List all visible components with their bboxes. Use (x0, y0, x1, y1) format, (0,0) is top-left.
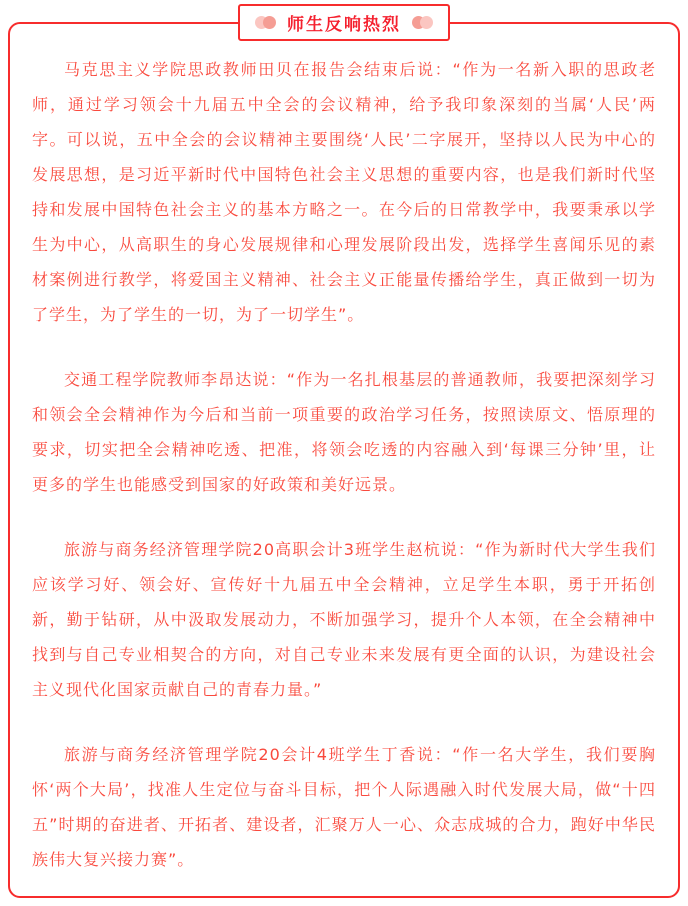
badge-decoration-right (412, 16, 433, 29)
page: 师生反响热烈 马克思主义学院思政教师田贝在报告会结束后说：“作为一名新入职的思政… (0, 0, 688, 906)
page-title: 师生反响热烈 (287, 10, 401, 35)
dot-icon (420, 16, 433, 29)
article-box: 马克思主义学院思政教师田贝在报告会结束后说：“作为一名新入职的思政老师，通过学习… (8, 22, 680, 898)
paragraph: 旅游与商务经济管理学院20会计4班学生丁香说：“作一名大学生，我们要胸怀‘两个大… (32, 737, 656, 877)
badge-decoration-left (255, 16, 276, 29)
paragraph: 旅游与商务经济管理学院20高职会计3班学生赵杭说：“作为新时代大学生我们应该学习… (32, 532, 656, 707)
paragraph: 马克思主义学院思政教师田贝在报告会结束后说：“作为一名新入职的思政老师，通过学习… (32, 52, 656, 332)
dot-icon (263, 16, 276, 29)
title-badge: 师生反响热烈 (238, 4, 450, 41)
article-body: 马克思主义学院思政教师田贝在报告会结束后说：“作为一名新入职的思政老师，通过学习… (24, 52, 664, 877)
paragraph: 交通工程学院教师李昂达说：“作为一名扎根基层的普通教师，我要把深刻学习和领会全会… (32, 362, 656, 502)
